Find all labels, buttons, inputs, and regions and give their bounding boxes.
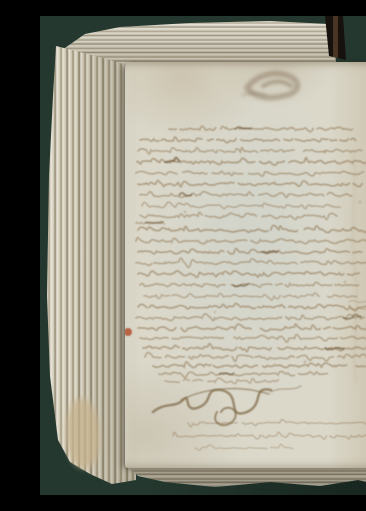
photo-caption: Photograph of an open archival volume: a… bbox=[40, 16, 41, 17]
handwriting-layer bbox=[125, 62, 366, 468]
archive-photo: Photograph of an open archival volume: a… bbox=[40, 16, 366, 495]
